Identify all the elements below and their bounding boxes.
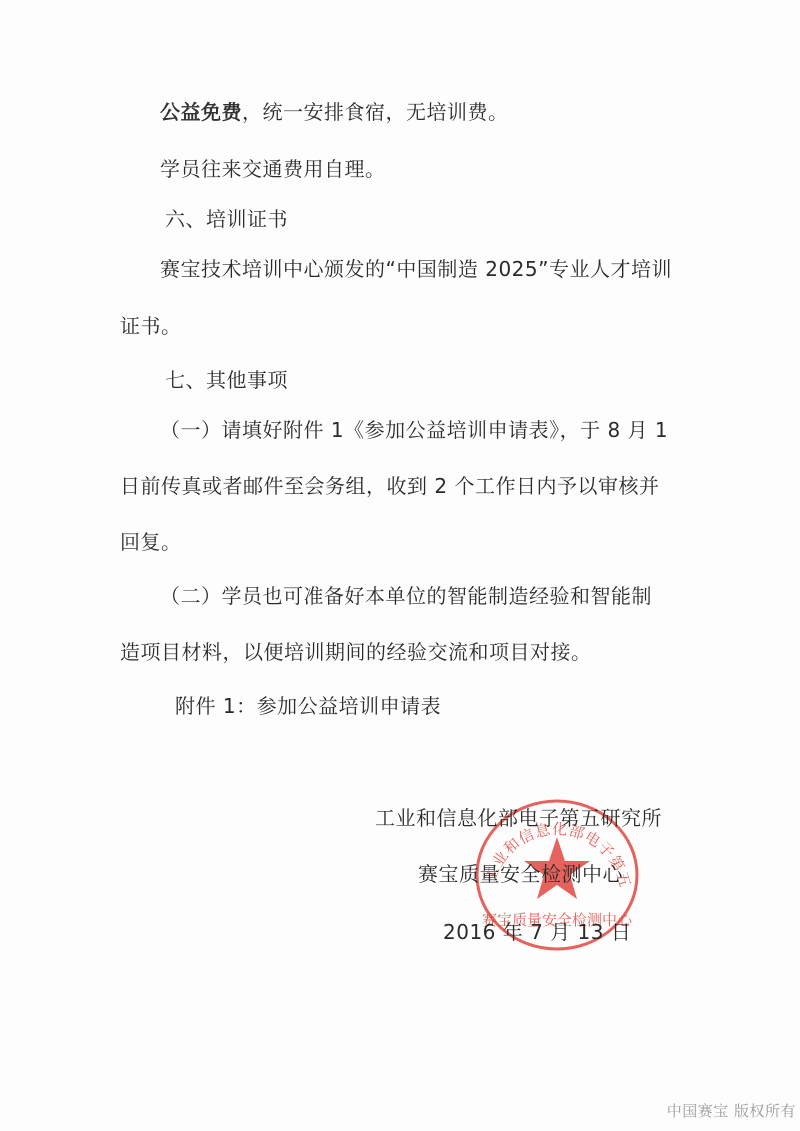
item2-line1: （二）学员也可准备好本单位的智能制造经验和智能制 [160, 584, 652, 608]
paragraph-certificate-line1: 赛宝技术培训中心颁发的“中国制造 2025”专业人才培训 [160, 257, 672, 281]
item1-line2: 日前传真或者邮件至会务组，收到 2 个工作日内予以审核并 [120, 474, 659, 498]
section-title-other: 七、其他事项 [165, 368, 288, 392]
item1-line1: （一）请填好附件 1《参加公益培训申请表》，于 8 月 1 [160, 418, 668, 442]
item1-line3: 回复。 [120, 530, 182, 554]
paragraph-transport: 学员往来交通费用自理。 [160, 157, 386, 181]
signature-org-2: 赛宝质量安全检测中心 [418, 862, 623, 886]
signature-date: 2016 年 7 月 13 日 [443, 920, 631, 944]
copyright-watermark: 中国赛宝 版权所有 [667, 1100, 796, 1121]
attachment-note: 附件 1：参加公益培训申请表 [175, 694, 441, 718]
paragraph-certificate-line2: 证书。 [120, 314, 182, 338]
fee-text: ，统一安排食宿，无培训费。 [242, 100, 509, 124]
free-label: 公益免费 [160, 100, 242, 124]
paragraph-fee: 公益免费，统一安排食宿，无培训费。 [160, 100, 509, 124]
section-title-certificate: 六、培训证书 [165, 207, 288, 231]
item2-line2: 造项目材料，以便培训期间的经验交流和项目对接。 [120, 640, 592, 664]
signature-org-1: 工业和信息化部电子第五研究所 [375, 806, 662, 830]
